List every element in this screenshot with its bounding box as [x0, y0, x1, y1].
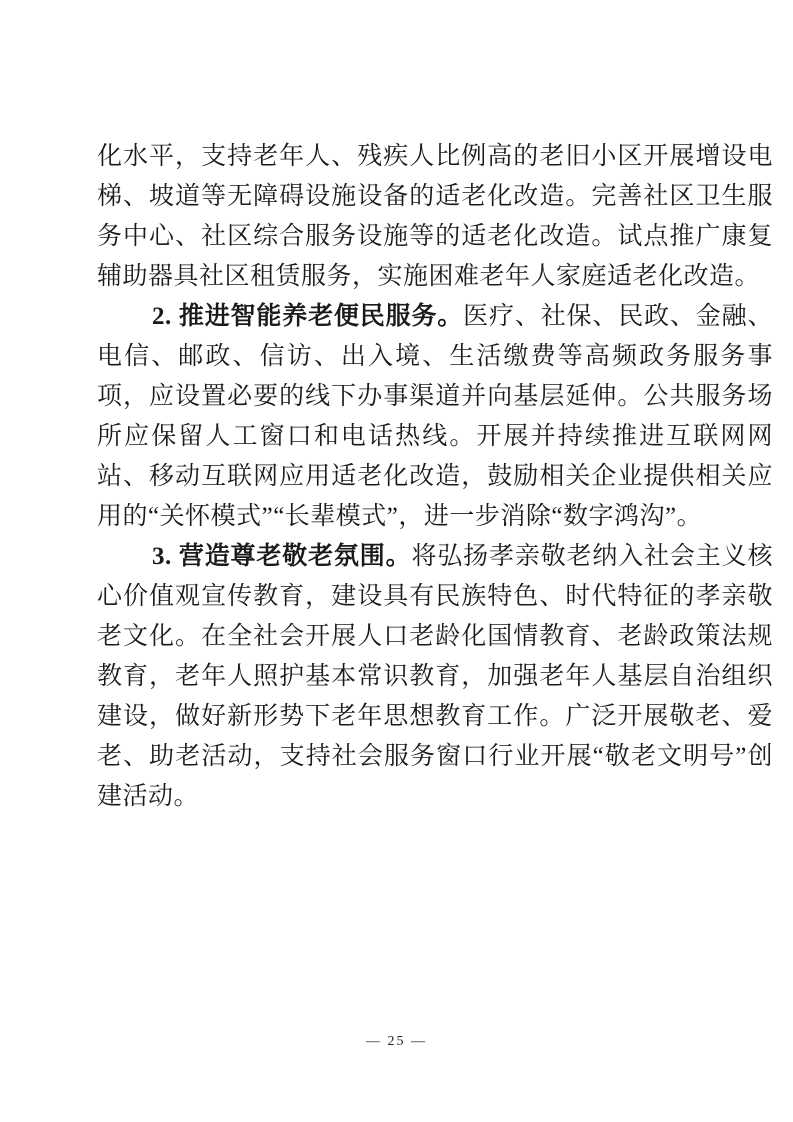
paragraph-lead: 3. 营造尊老敬老氛围。 [152, 543, 411, 570]
paragraph-text: 化水平，支持老年人、残疾人比例高的老旧小区开展增设电梯、坡道等无障碍设施设备的适… [97, 143, 773, 290]
paragraph-item-2: 2. 推进智能养老便民服务。医疗、社保、民政、金融、电信、邮政、信访、出入境、生… [97, 297, 773, 537]
document-body: 化水平，支持老年人、残疾人比例高的老旧小区开展增设电梯、坡道等无障碍设施设备的适… [97, 137, 773, 817]
paragraph-text: 医疗、社保、民政、金融、电信、邮政、信访、出入境、生活缴费等高频政务服务事项，应… [97, 303, 773, 530]
document-page: 化水平，支持老年人、残疾人比例高的老旧小区开展增设电梯、坡道等无障碍设施设备的适… [0, 0, 793, 1122]
page-number: — 25 — [0, 1034, 793, 1050]
paragraph-item-3: 3. 营造尊老敬老氛围。将弘扬孝亲敬老纳入社会主义核心价值观宣传教育，建设具有民… [97, 537, 773, 817]
paragraph-text: 将弘扬孝亲敬老纳入社会主义核心价值观宣传教育，建设具有民族特色、时代特征的孝亲敬… [97, 543, 773, 810]
paragraph-continuation: 化水平，支持老年人、残疾人比例高的老旧小区开展增设电梯、坡道等无障碍设施设备的适… [97, 137, 773, 297]
paragraph-lead: 2. 推进智能养老便民服务。 [152, 303, 463, 330]
